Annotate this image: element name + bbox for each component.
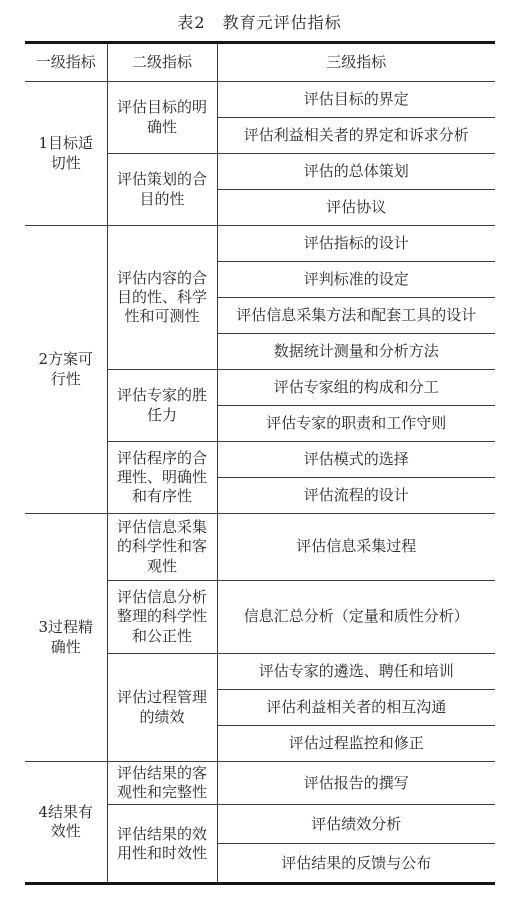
col-header-level3: 三级指标 [217,43,495,82]
level3-cell: 评估利益相关者的界定和诉求分析 [217,118,495,154]
level2-cell: 评估过程管理 的绩效 [107,654,217,762]
level3-cell: 评估专家的职责和工作守则 [217,406,495,442]
level2-cell: 评估信息采集 的科学性和客 观性 [107,514,217,581]
level3-cell: 评估绩效分析 [217,805,495,844]
level3-cell: 评估过程监控和修正 [217,726,495,762]
table-row: 1目标适 切性 评估目标的明 确性 评估目标的界定 [25,82,495,118]
level2-cell: 评估结果的效 用性和时效性 [107,805,217,884]
level3-cell: 评估模式的选择 [217,442,495,478]
level3-cell: 评估目标的界定 [217,82,495,118]
header-row: 一级指标 二级指标 三级指标 [25,43,495,82]
level3-cell: 评估的总体策划 [217,154,495,190]
level1-cell-goal-relevance: 1目标适 切性 [25,82,107,226]
level2-cell: 评估程序的合 理性、明确性 和有序性 [107,442,217,514]
level1-cell-plan-feasibility: 2方案可 行性 [25,226,107,514]
level3-cell: 数据统计测量和分析方法 [217,334,495,370]
level3-cell: 评估信息采集过程 [217,514,495,581]
col-header-level1: 一级指标 [25,43,107,82]
level2-cell: 评估策划的合 目的性 [107,154,217,226]
level3-cell: 评估信息采集方法和配套工具的设计 [217,298,495,334]
level3-cell: 评估利益相关者的相互沟通 [217,690,495,726]
col-header-level2: 二级指标 [107,43,217,82]
table-caption: 表2 教育元评估指标 [0,0,519,38]
level3-cell: 评估专家的遴选、聘任和培训 [217,654,495,690]
level3-cell: 评估报告的撰写 [217,762,495,805]
level2-cell: 评估专家的胜 任力 [107,370,217,442]
level2-cell: 评估信息分析 整理的科学性 和公正性 [107,581,217,654]
level3-cell: 评估结果的反馈与公布 [217,844,495,884]
level2-cell: 评估目标的明 确性 [107,82,217,154]
level3-cell: 评估专家组的构成和分工 [217,370,495,406]
level1-cell-result-validity: 4结果有 效性 [25,762,107,884]
level3-cell: 评估流程的设计 [217,478,495,514]
level3-cell: 评判标准的设定 [217,262,495,298]
level3-cell: 评估协议 [217,190,495,226]
level3-cell: 评估指标的设计 [217,226,495,262]
level2-cell: 评估内容的合 目的性、科学 性和可测性 [107,226,217,370]
table-row: 4结果有 效性 评估结果的客 观性和完整性 评估报告的撰写 [25,762,495,805]
meta-evaluation-indicator-table: 一级指标 二级指标 三级指标 1目标适 切性 评估目标的明 确性 评估目标的界定… [25,41,495,885]
level2-cell: 评估结果的客 观性和完整性 [107,762,217,805]
table-row: 2方案可 行性 评估内容的合 目的性、科学 性和可测性 评估指标的设计 [25,226,495,262]
level1-cell-process-accuracy: 3过程精 确性 [25,514,107,762]
table-row: 3过程精 确性 评估信息采集 的科学性和客 观性 评估信息采集过程 [25,514,495,581]
level3-cell: 信息汇总分析（定量和质性分析） [217,581,495,654]
